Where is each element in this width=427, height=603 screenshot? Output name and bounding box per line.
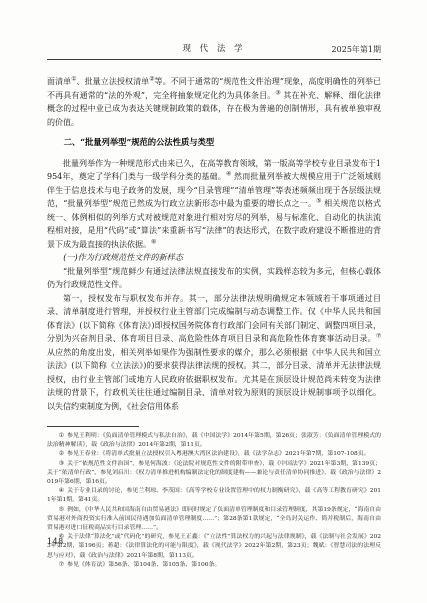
journal-page: 现 代 法 学 2025年第1期 面清单①、批量立法授权清单②等。不同于通常的“… xyxy=(0,0,427,603)
footnote-marker: ③ xyxy=(59,461,64,467)
footnote-marker: ④ xyxy=(59,488,64,494)
footnote-text: 参见王利明：《负面清单管理模式与私法自治》，载《中国法学》2014年第5期，第2… xyxy=(47,433,381,448)
issue-label: 2025年第1期 xyxy=(332,44,381,55)
footnote-text: 参见《体育法》第56条、第104条、第105条、第106条。 xyxy=(67,562,220,568)
footnote-text: 关于法律“算法化”或“代码化”的研究，参见王正鑫：《“立法性”算法权力的兴起与法… xyxy=(47,534,381,558)
subsection-heading: (一)作为行政规范性文件的新样态 xyxy=(47,251,381,265)
page-number: 148 xyxy=(47,537,64,546)
footnotes: ①参见王利明：《负面清单管理模式与私法自治》，载《中国法学》2014年第5期，第… xyxy=(47,432,381,570)
journal-title: 现 代 法 学 xyxy=(182,44,245,55)
footnote-item: ⑤例如，《中华人民共和国海南自由贸易港法》即同时规定了负面清单管理制度和目录管理… xyxy=(47,506,381,534)
running-head: 现 代 法 学 2025年第1期 xyxy=(47,44,381,55)
paragraph-authorization: 第一，授权发布与职权发布并存。其一，部分法律法规明确规定本领域若干事项通过目录、… xyxy=(47,292,381,414)
footnote-text: 例如，《中华人民共和国海南自由贸易港法》即同时规定了负面清单管理制度和目录管理制… xyxy=(47,507,381,531)
footnote-item: ②参见王春业：《将清单式批量立法授权引入粤港澳大湾区法治建设》，载《法学杂志》2… xyxy=(47,450,381,459)
footnote-marker: ⑤ xyxy=(59,507,64,513)
footnote-item: ④关于专业目录的讨论，参见兰利琼、李茂国：《高等学校专业设置管理中的权力制衡研究… xyxy=(47,487,381,505)
paragraph-overview: 批量列举作为一种规范形式由来已久，在高等教育领域，第一版高等学校专业目录发布于1… xyxy=(47,157,381,252)
article-body: 面清单①、批量立法授权清单②等。不同于通常的“规范性文件治理”现象，高度明确性的… xyxy=(47,75,381,413)
footnote-text: 关于“依规范性文件治国”，参见何海波：《论法院对规范性文件的附带审查》，载《中国… xyxy=(47,461,381,485)
footnote-marker: ① xyxy=(59,433,64,439)
paragraph-continuation: 面清单①、批量立法授权清单②等。不同于通常的“规范性文件治理”现象，高度明确性的… xyxy=(47,75,381,129)
footnote-text: 参见王春业：《将清单式批量立法授权引入粤港澳大湾区法治建设》，载《法学杂志》20… xyxy=(67,451,369,457)
footnote-item: ①参见王利明：《负面清单管理模式与私法自治》，载《中国法学》2014年第5期，第… xyxy=(47,432,381,450)
footnote-item: ⑦参见《体育法》第56条、第104条、第105条、第106条。 xyxy=(47,561,381,570)
section-heading: 二、“批量列举型”规范的公法性质与类型 xyxy=(47,136,381,150)
footnote-marker: ⑦ xyxy=(59,562,64,568)
paragraph-carrier: “批量列举型”规范鲜少有通过法律法规直接发布的实例，实践样态较为多元，但核心载体… xyxy=(47,265,381,292)
footnote-item: ③关于“依规范性文件治国”，参见何海波：《论法院对规范性文件的附带审查》，载《中… xyxy=(47,460,381,488)
footnote-item: ⑥关于法律“算法化”或“代码化”的研究，参见王正鑫：《“立法性”算法权力的兴起与… xyxy=(47,533,381,561)
footnote-separator xyxy=(47,426,139,427)
footnote-marker: ② xyxy=(59,451,64,457)
footnote-text: 关于专业目录的讨论，参见兰利琼、李茂国：《高等学校专业设置管理中的权力制衡研究》… xyxy=(47,488,381,503)
header-rule xyxy=(47,59,381,60)
